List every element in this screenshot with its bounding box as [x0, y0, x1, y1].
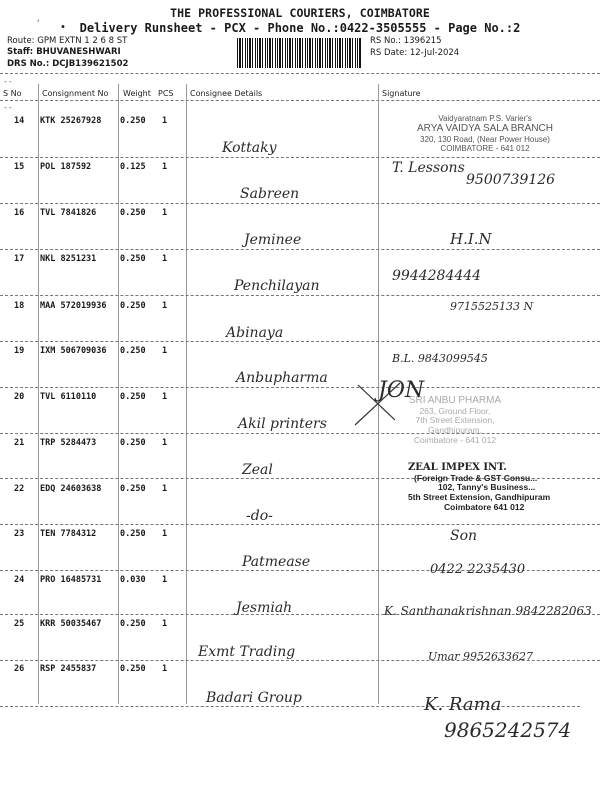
cell-weight: 0.250: [120, 438, 146, 448]
cell-sno: 20: [14, 392, 24, 402]
cell-consignment: TVL 7841826: [40, 208, 96, 218]
staff-label: Staff:: [7, 47, 33, 57]
stamp-line: Coimbatore - 641 012: [395, 436, 515, 446]
signature: B.L. 9843099545: [392, 352, 488, 365]
divider: [0, 100, 600, 101]
cell-pcs: 1: [162, 162, 167, 172]
cell-consignment: KTK 25267928: [40, 116, 101, 126]
signature: T. Lessons: [392, 160, 465, 176]
signature: K. Santhanakrishnan 9842282063: [384, 602, 594, 621]
consignee-handwriting: Kottaky: [222, 140, 277, 156]
cell-consignment: KRR 50035467: [40, 619, 101, 629]
signature: Umar 9952633627: [428, 650, 533, 663]
zeal-impex-stamp: ZEAL IMPEX INT. (Foreign Trade & GST Con…: [408, 462, 598, 513]
cell-weight: 0.250: [120, 529, 146, 539]
consignee-handwriting: -do-: [246, 508, 273, 524]
cell-weight: 0.250: [120, 116, 146, 126]
signature: Son: [450, 528, 477, 544]
row-divider: [0, 341, 600, 342]
cell-sno: 16: [14, 208, 24, 218]
stamp-line: 320, 130 Road, (Near Power House): [390, 135, 580, 144]
signature: 9944284444: [392, 268, 481, 284]
col-sno: S No: [3, 89, 22, 98]
stamp-line: Vaidyaratnam P.S. Varier's: [390, 114, 580, 123]
signature: 0422 2235430: [430, 562, 525, 577]
runsheet-subtitle: Delivery Runsheet - PCX - Phone No.:0422…: [0, 21, 600, 35]
cell-pcs: 1: [162, 575, 167, 585]
cell-pcs: 1: [162, 619, 167, 629]
drs-line: DRS No.: DCJB139621502: [7, 59, 128, 69]
footer-signature-phone: 9865242574: [444, 718, 571, 742]
cell-pcs: 1: [162, 116, 167, 126]
cell-consignment: NKL 8251231: [40, 254, 96, 264]
pen-cross-mark: [350, 375, 410, 435]
consignee-handwriting: Anbupharma: [236, 370, 328, 386]
signature: H.I.N: [450, 230, 492, 248]
cell-pcs: 1: [162, 208, 167, 218]
cell-sno: 21: [14, 438, 24, 448]
cell-weight: 0.125: [120, 162, 146, 172]
divider-dashes: --: [3, 77, 13, 86]
col-consignee: Consignee Details: [190, 89, 262, 98]
row-divider: [0, 203, 600, 204]
cell-consignment: TEN 7784312: [40, 529, 96, 539]
row-divider: [0, 157, 600, 158]
barcode: [237, 38, 362, 68]
cell-pcs: 1: [162, 392, 167, 402]
cell-weight: 0.250: [120, 664, 146, 674]
route-line: Route: GPM EXTN 1 2 6 8 ST: [7, 36, 127, 46]
consignee-handwriting: Jesmiah: [236, 600, 292, 616]
consignee-handwriting: Patmease: [242, 554, 310, 570]
cell-weight: 0.030: [120, 575, 146, 585]
cell-sno: 25: [14, 619, 24, 629]
cell-weight: 0.250: [120, 301, 146, 311]
cell-consignment: TVL 6110110: [40, 392, 96, 402]
cell-consignment: PRO 16485731: [40, 575, 101, 585]
rs-no-value: 1396215: [404, 36, 442, 46]
stamp-line: COIMBATORE - 641 012: [390, 144, 580, 153]
cell-consignment: MAA 572019936: [40, 301, 107, 311]
consignee-handwriting: Zeal: [242, 462, 273, 478]
rs-date-value: 12-Jul-2024: [410, 48, 459, 58]
col-signature: Signature: [382, 89, 421, 98]
cell-pcs: 1: [162, 254, 167, 264]
rs-no-line: RS No.: 1396215: [370, 36, 442, 46]
row-divider: [0, 295, 600, 296]
consignee-handwriting: Sabreen: [240, 186, 299, 202]
cell-weight: 0.250: [120, 254, 146, 264]
rs-date-line: RS Date: 12-Jul-2024: [370, 48, 459, 58]
cell-consignment: RSP 2455837: [40, 664, 96, 674]
cell-sno: 19: [14, 346, 24, 356]
consignee-handwriting: Exmt Trading: [198, 644, 295, 660]
route-value: GPM EXTN 1 2 6 8 ST: [37, 36, 127, 46]
staff-line: Staff: BHUVANESHWARI: [7, 47, 121, 57]
cell-sno: 14: [14, 116, 24, 126]
stamp-line: Coimbatore 641 012: [408, 503, 598, 513]
cell-consignment: POL 187592: [40, 162, 91, 172]
drs-label: DRS No.:: [7, 59, 49, 69]
rs-date-label: RS Date:: [370, 48, 407, 58]
signature: 9715525133 N: [450, 300, 533, 313]
staff-value: BHUVANESHWARI: [36, 47, 121, 57]
cell-consignment: TRP 5284473: [40, 438, 96, 448]
cell-weight: 0.250: [120, 208, 146, 218]
cell-sno: 23: [14, 529, 24, 539]
col-consignment: Consignment No: [42, 89, 108, 98]
cell-sno: 17: [14, 254, 24, 264]
cell-pcs: 1: [162, 664, 167, 674]
divider-dashes: --: [3, 103, 13, 112]
footer-signature-name: K. Rama: [424, 694, 501, 715]
cell-weight: 0.250: [120, 619, 146, 629]
rs-no-label: RS No.:: [370, 36, 401, 46]
consignee-handwriting: Penchilayan: [234, 278, 320, 294]
cell-sno: 18: [14, 301, 24, 311]
divider: [0, 73, 600, 74]
row-divider: [0, 387, 600, 388]
arya-vaidya-stamp: Vaidyaratnam P.S. Varier's ARYA VAIDYA S…: [390, 114, 580, 153]
cell-pcs: 1: [162, 484, 167, 494]
stamp-line: ARYA VAIDYA SALA BRANCH: [390, 123, 580, 135]
cell-sno: 22: [14, 484, 24, 494]
cell-pcs: 1: [162, 346, 167, 356]
cell-consignment: IXM 506709036: [40, 346, 107, 356]
cell-consignment: EDQ 24603638: [40, 484, 101, 494]
row-divider: [0, 249, 600, 250]
cell-pcs: 1: [162, 529, 167, 539]
route-label: Route:: [7, 36, 35, 46]
cell-sno: 26: [14, 664, 24, 674]
col-pcs: PCS: [158, 89, 174, 98]
cell-pcs: 1: [162, 301, 167, 311]
cell-weight: 0.250: [120, 346, 146, 356]
cell-sno: 24: [14, 575, 24, 585]
cell-pcs: 1: [162, 438, 167, 448]
company-title: THE PROFESSIONAL COURIERS, COIMBATORE: [0, 6, 600, 20]
stamp-line: ZEAL IMPEX INT.: [408, 462, 598, 474]
consignee-handwriting: Badari Group: [206, 690, 302, 706]
row-divider: [0, 524, 600, 525]
consignee-handwriting: Abinaya: [226, 325, 283, 341]
signature-phone: 9500739126: [466, 172, 555, 188]
cell-weight: 0.250: [120, 392, 146, 402]
col-weight: Weight: [123, 89, 151, 98]
cell-weight: 0.250: [120, 484, 146, 494]
cell-sno: 15: [14, 162, 24, 172]
drs-value: DCJB139621502: [52, 59, 128, 69]
consignee-handwriting: Akil printers: [238, 416, 327, 432]
consignee-handwriting: Jeminee: [244, 232, 301, 248]
